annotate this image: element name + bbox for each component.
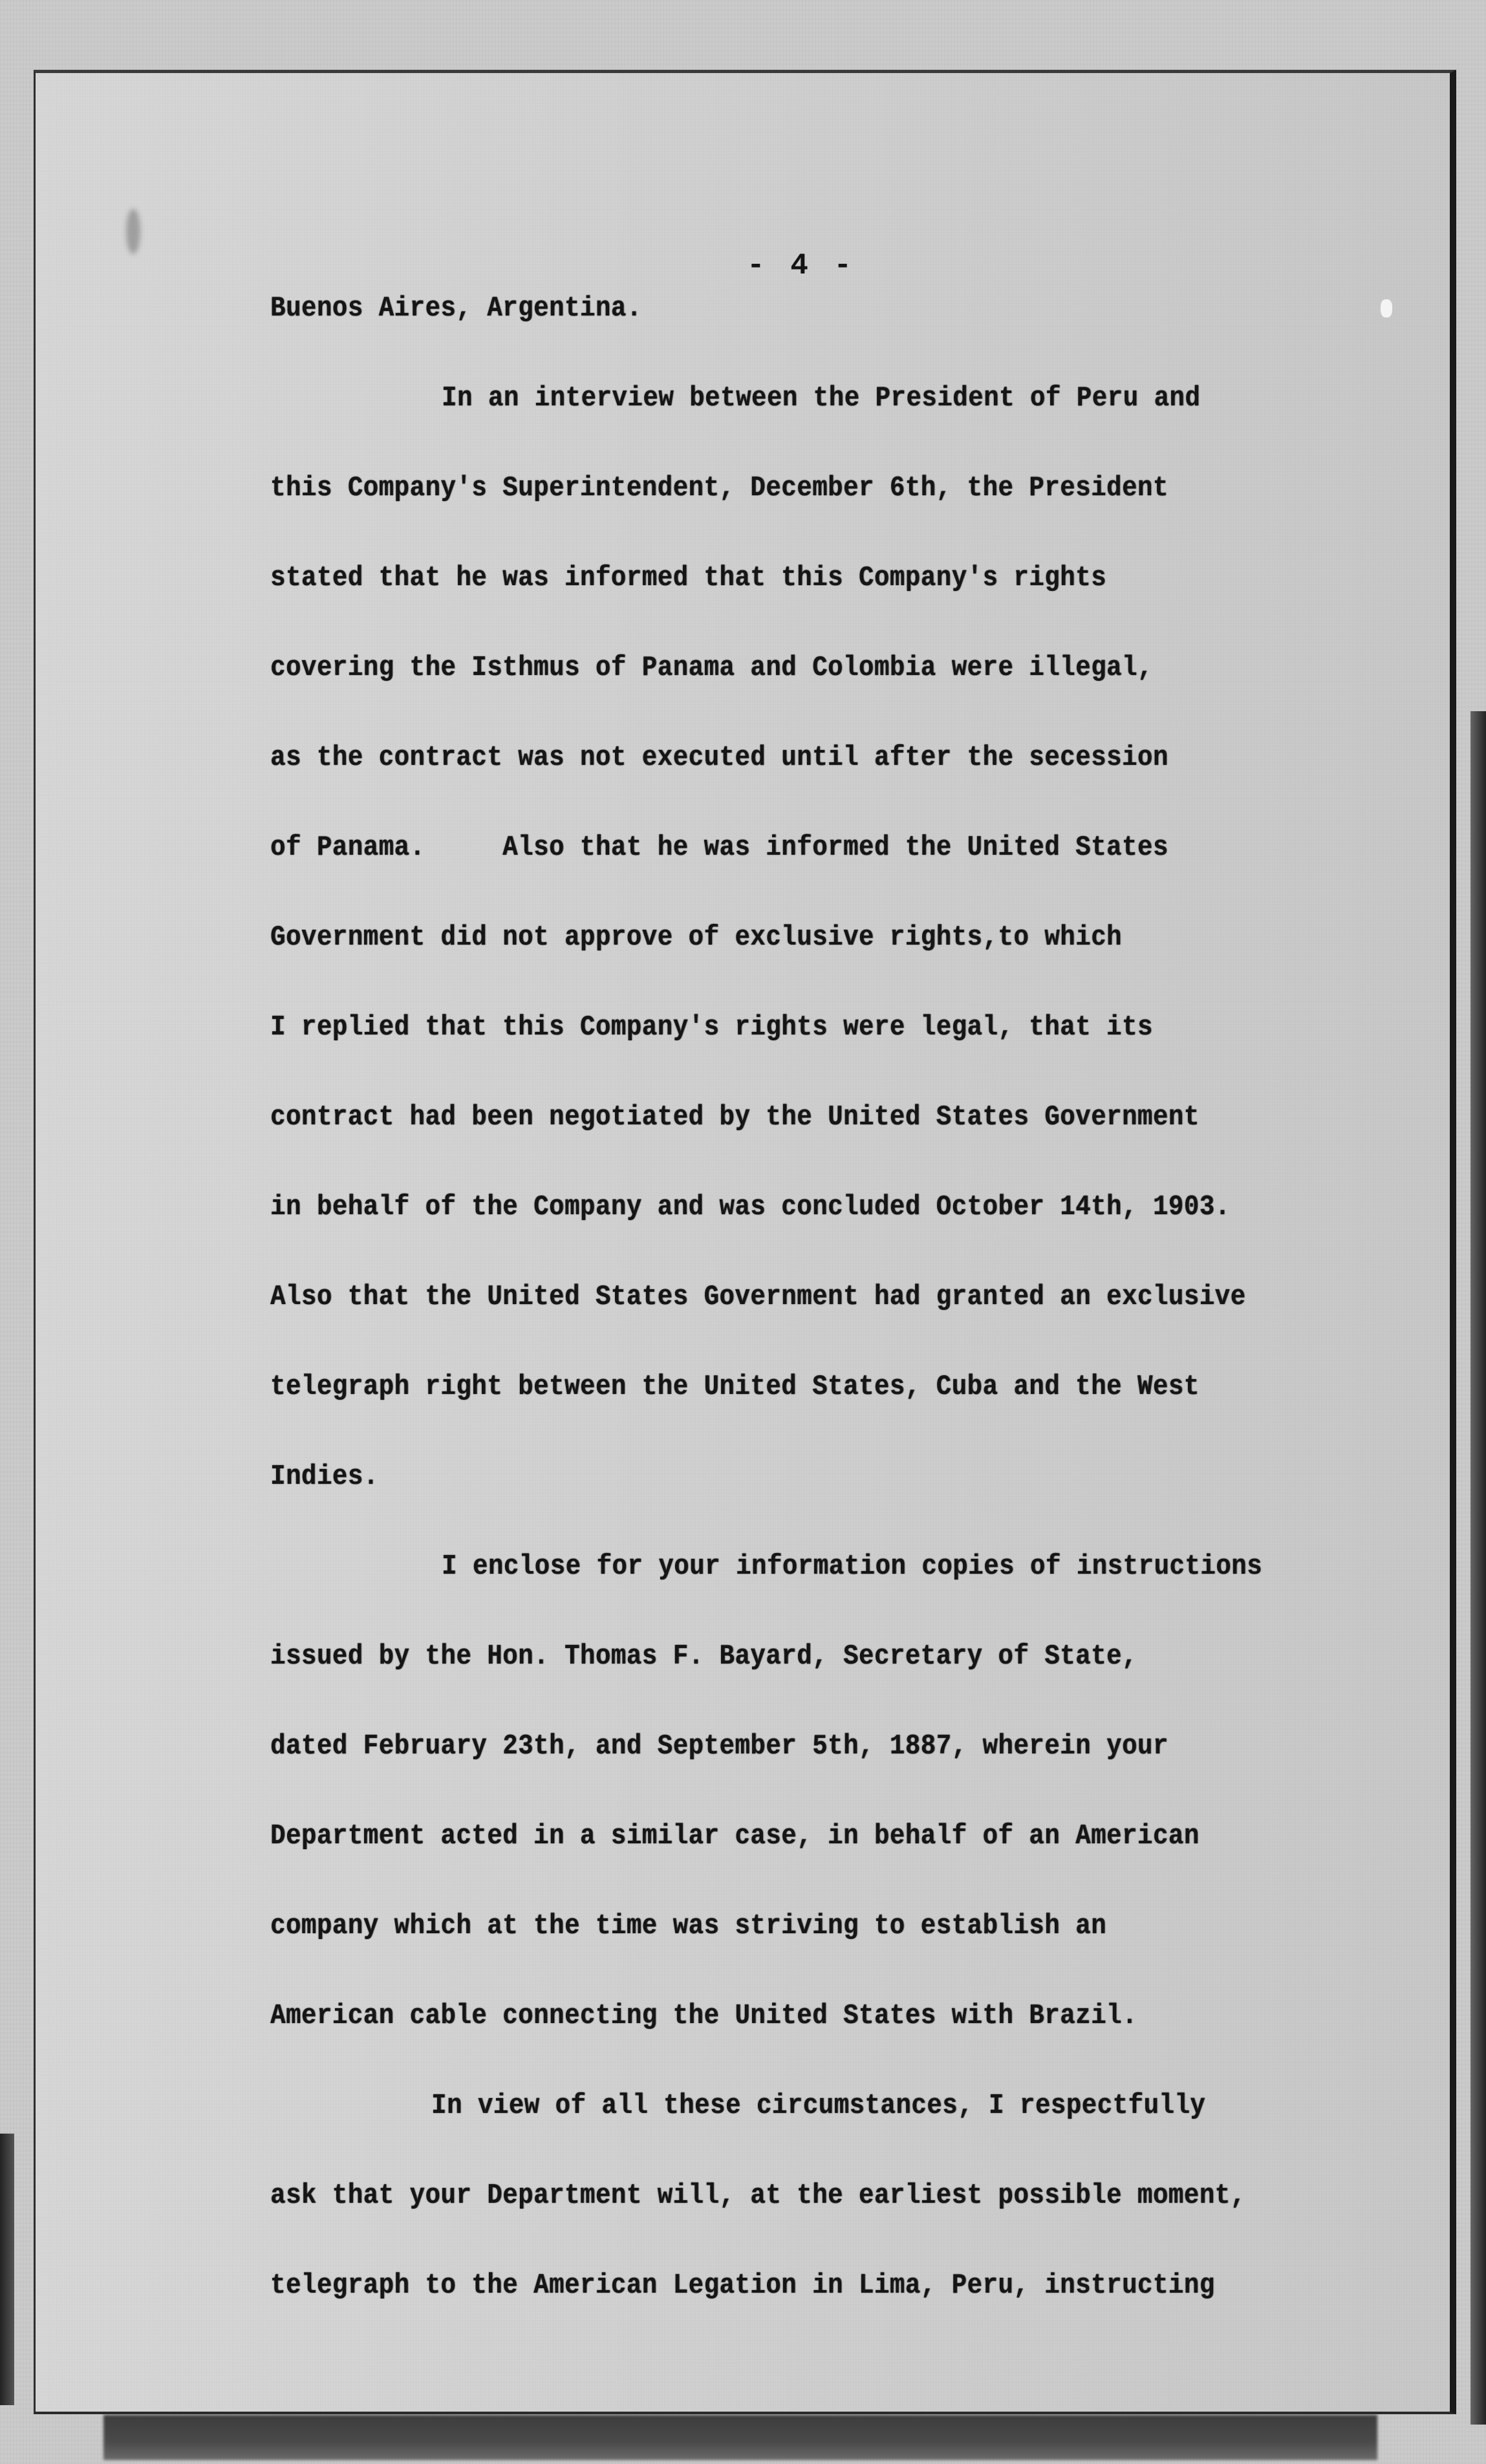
text-line: of Panama. Also that he was informed the… [270, 831, 1168, 864]
text-line: Indies. [270, 1461, 379, 1493]
text-line: this Company's Superintendent, December … [270, 472, 1168, 504]
text-line: I enclose for your information copies of… [442, 1550, 1262, 1583]
text-line: telegraph to the American Legation in Li… [270, 2269, 1215, 2302]
text-line: ask that your Department will, at the ea… [270, 2180, 1246, 2212]
ink-smudge [126, 209, 140, 254]
text-line: Government did not approve of exclusive … [270, 921, 1122, 954]
text-line: I replied that this Company's rights wer… [270, 1011, 1153, 1044]
text-line: issued by the Hon. Thomas F. Bayard, Sec… [270, 1640, 1137, 1673]
text-line: company which at the time was striving t… [270, 1910, 1106, 1942]
text-line: telegraph right between the United State… [270, 1371, 1200, 1403]
text-line: stated that he was informed that this Co… [270, 562, 1106, 594]
scan-edge-shadow-right [1470, 711, 1486, 2425]
address-line: Buenos Aires, Argentina. [270, 292, 642, 325]
text-line: covering the Isthmus of Panama and Colom… [270, 652, 1153, 684]
text-line: contract had been negotiated by the Unit… [270, 1101, 1200, 1133]
text-line: in behalf of the Company and was conclud… [270, 1191, 1231, 1223]
text-line: dated February 23th, and September 5th, … [270, 1730, 1168, 1762]
text-line: as the contract was not executed until a… [270, 742, 1168, 774]
text-line: In an interview between the President of… [442, 382, 1200, 414]
text-line: American cable connecting the United Sta… [270, 2000, 1137, 2032]
scan-edge-shadow-left [0, 2134, 14, 2405]
page-under-shadow [103, 2415, 1377, 2460]
typewritten-page: - 4 - Buenos Aires, Argentina. In an int… [34, 70, 1456, 2414]
text-line: In view of all these circumstances, I re… [431, 2090, 1205, 2122]
page-number: - 4 - [747, 249, 856, 283]
paper-fleck [1381, 299, 1392, 317]
text-line: Department acted in a similar case, in b… [270, 1820, 1200, 1852]
text-line: Also that the United States Government h… [270, 1281, 1246, 1313]
